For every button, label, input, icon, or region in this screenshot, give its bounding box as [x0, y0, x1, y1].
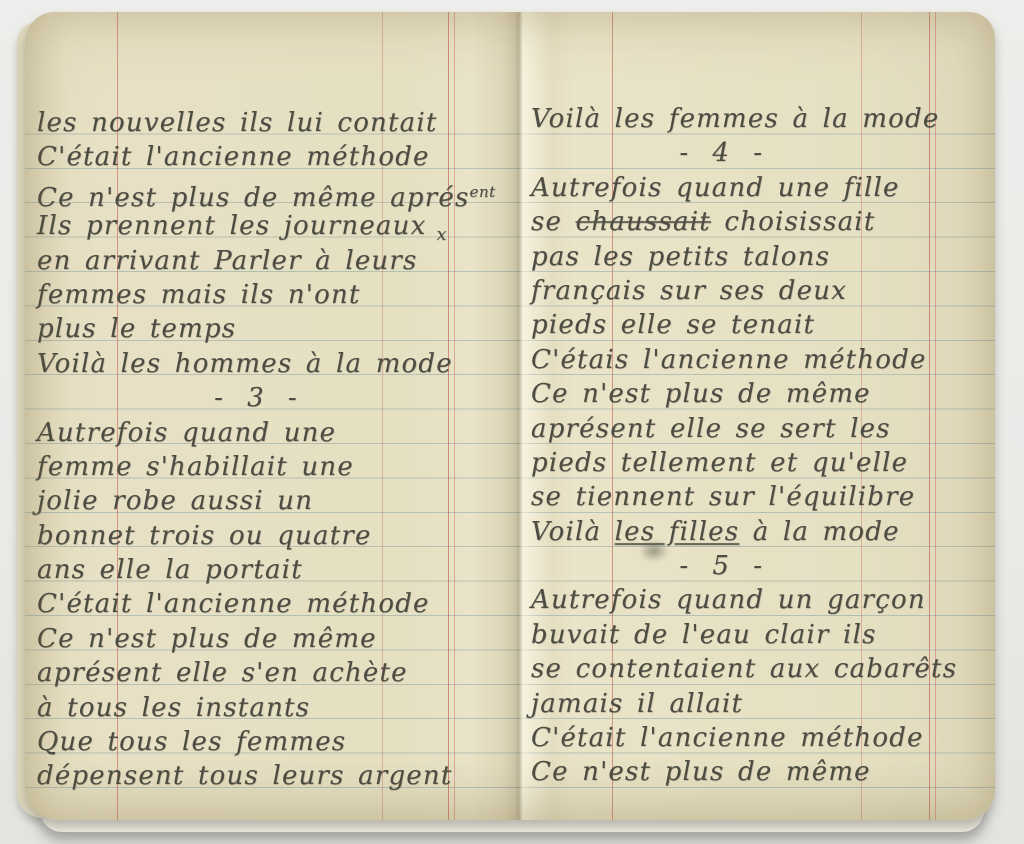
handwriting-segment: choisissait — [711, 207, 876, 237]
handwriting-line: aprésent elle se sert les — [531, 412, 995, 446]
handwriting-line: C'était l'ancienne méthode — [37, 140, 577, 174]
handwriting-segment: se tiennent sur l'équilibre — [531, 482, 915, 512]
handwriting-line: femmes mais ils n'ont — [37, 278, 577, 312]
handwriting-segment: aprésent elle se sert les — [531, 414, 891, 444]
handwriting-line: Autrefois quand une fille — [531, 171, 995, 205]
handwriting-line: pieds tellement et qu'elle — [531, 446, 995, 480]
handwriting-segment: Ce n'est plus de même — [531, 757, 871, 787]
handwriting-segment: en arrivant Parler à leurs — [37, 246, 418, 276]
handwriting-segment: jamais il allait — [531, 689, 743, 719]
handwriting-segment: français sur ses deux — [531, 276, 847, 306]
handwriting-line: pas les petits talons — [531, 240, 995, 274]
handwriting-line: se chaussait choisissait — [531, 205, 995, 239]
handwriting-line: en arrivant Parler à leurs — [37, 244, 577, 278]
handwriting-line: pieds elle se tenait — [531, 308, 995, 342]
handwriting-segment: Autrefois quand une fille — [531, 173, 900, 203]
handwriting-segment: C'était l'ancienne méthode — [531, 723, 924, 753]
handwriting-line: Ce n'est plus de même — [37, 622, 577, 656]
handwriting-segment: - 4 - — [679, 138, 768, 168]
handwriting-segment: femme s'habillait une — [37, 452, 354, 482]
handwriting-line: jamais il allait — [531, 687, 995, 721]
handwriting-segment: femmes mais ils n'ont — [37, 280, 361, 310]
handwriting-line: Ce n'est plus de même — [531, 377, 995, 411]
handwriting-segment: se contentaient aux cabarêts — [531, 654, 957, 684]
page-left-text: les nouvelles ils lui contaitC'était l'a… — [37, 106, 577, 794]
handwriting-segment: Autrefois quand une — [37, 418, 336, 448]
handwriting-segment: Ce n'est plus de même — [37, 624, 377, 654]
handwriting-line: jolie robe aussi un — [37, 484, 577, 518]
handwriting-line: français sur ses deux — [531, 274, 995, 308]
handwriting-segment: pas les petits talons — [531, 242, 830, 272]
handwriting-segment: Voilà les hommes à la mode — [37, 349, 453, 379]
handwriting-line: C'étais l'ancienne méthode — [531, 343, 995, 377]
handwriting-line: Ce n'est plus de même aprésent — [37, 175, 577, 209]
handwriting-segment: pieds elle se tenait — [531, 310, 815, 340]
handwriting-line: Ils prennent les journeauxx — [37, 209, 577, 243]
handwriting-line: buvait de l'eau clair ils — [531, 618, 995, 652]
handwriting-segment: plus le temps — [37, 314, 236, 344]
handwriting-segment-mark: x — [436, 225, 447, 245]
handwriting-segment: Que tous les femmes — [37, 727, 346, 757]
handwriting-segment: - 5 - — [679, 551, 768, 581]
handwriting-line: ans elle la portait — [37, 553, 577, 587]
page-right-text: Voilà les femmes à la mode- 4 -Autrefois… — [531, 102, 995, 790]
handwriting-line: aprésent elle s'en achète — [37, 656, 577, 690]
handwriting-segment: C'était l'ancienne méthode — [37, 589, 430, 619]
handwriting-segment-under: les filles — [615, 517, 740, 547]
handwriting-line: C'était l'ancienne méthode — [531, 721, 995, 755]
handwriting-line: Autrefois quand un garçon — [531, 583, 995, 617]
handwriting-segment: C'étais l'ancienne méthode — [531, 345, 927, 375]
handwriting-segment: Ce n'est plus de même — [531, 379, 871, 409]
handwriting-line: à tous les instants — [37, 691, 577, 725]
handwriting-segment: Voilà — [531, 517, 615, 547]
handwriting-segment: pieds tellement et qu'elle — [531, 448, 908, 478]
handwriting-segment-strike: chaussait — [576, 207, 711, 237]
handwriting-segment: à tous les instants — [37, 693, 310, 723]
handwriting-line: se tiennent sur l'équilibre — [531, 480, 995, 514]
handwriting-line: se contentaient aux cabarêts — [531, 652, 995, 686]
handwriting-line: plus le temps — [37, 312, 577, 346]
handwriting-line: Que tous les femmes — [37, 725, 577, 759]
handwriting-line: Voilà les femmes à la mode — [531, 102, 995, 136]
handwriting-segment: Autrefois quand un garçon — [531, 585, 926, 615]
handwriting-line: Ce n'est plus de même — [531, 755, 995, 789]
handwriting-line: dépensent tous leurs argent — [37, 759, 577, 793]
handwriting-segment: les nouvelles ils lui contait — [37, 108, 438, 138]
handwriting-line: C'était l'ancienne méthode — [37, 587, 577, 621]
handwriting-line: les nouvelles ils lui contait — [37, 106, 577, 140]
handwriting-segment: à la mode — [739, 517, 899, 547]
handwriting-line: femme s'habillait une — [37, 450, 577, 484]
handwriting-line: Voilà les hommes à la mode — [37, 347, 577, 381]
handwriting-segment: aprésent elle s'en achète — [37, 658, 408, 688]
handwriting-segment: C'était l'ancienne méthode — [37, 142, 430, 172]
handwriting-line: - 3 - — [37, 381, 480, 415]
handwriting-line: - 5 - — [531, 549, 916, 583]
handwriting-segment: dépensent tous leurs argent — [37, 761, 452, 791]
handwriting-line: Autrefois quand une — [37, 416, 577, 450]
handwriting-segment: se — [531, 207, 576, 237]
handwriting-line: - 4 - — [531, 136, 916, 170]
handwriting-segment: bonnet trois ou quatre — [37, 521, 372, 551]
handwriting-segment-sup: ent — [470, 183, 496, 201]
handwriting-segment: - 3 - — [214, 383, 303, 413]
handwriting-segment: Voilà les femmes à la mode — [531, 104, 939, 134]
handwriting-segment: Ils prennent les journeaux — [37, 211, 426, 241]
handwriting-segment: jolie robe aussi un — [37, 486, 313, 516]
scan-background: les nouvelles ils lui contaitC'était l'a… — [0, 0, 1024, 844]
handwriting-segment: buvait de l'eau clair ils — [531, 620, 877, 650]
handwriting-line: Voilà les filles à la mode — [531, 515, 995, 549]
handwriting-line: bonnet trois ou quatre — [37, 519, 577, 553]
handwriting-segment: ans elle la portait — [37, 555, 303, 585]
notebook-spread: les nouvelles ils lui contaitC'était l'a… — [25, 12, 995, 820]
